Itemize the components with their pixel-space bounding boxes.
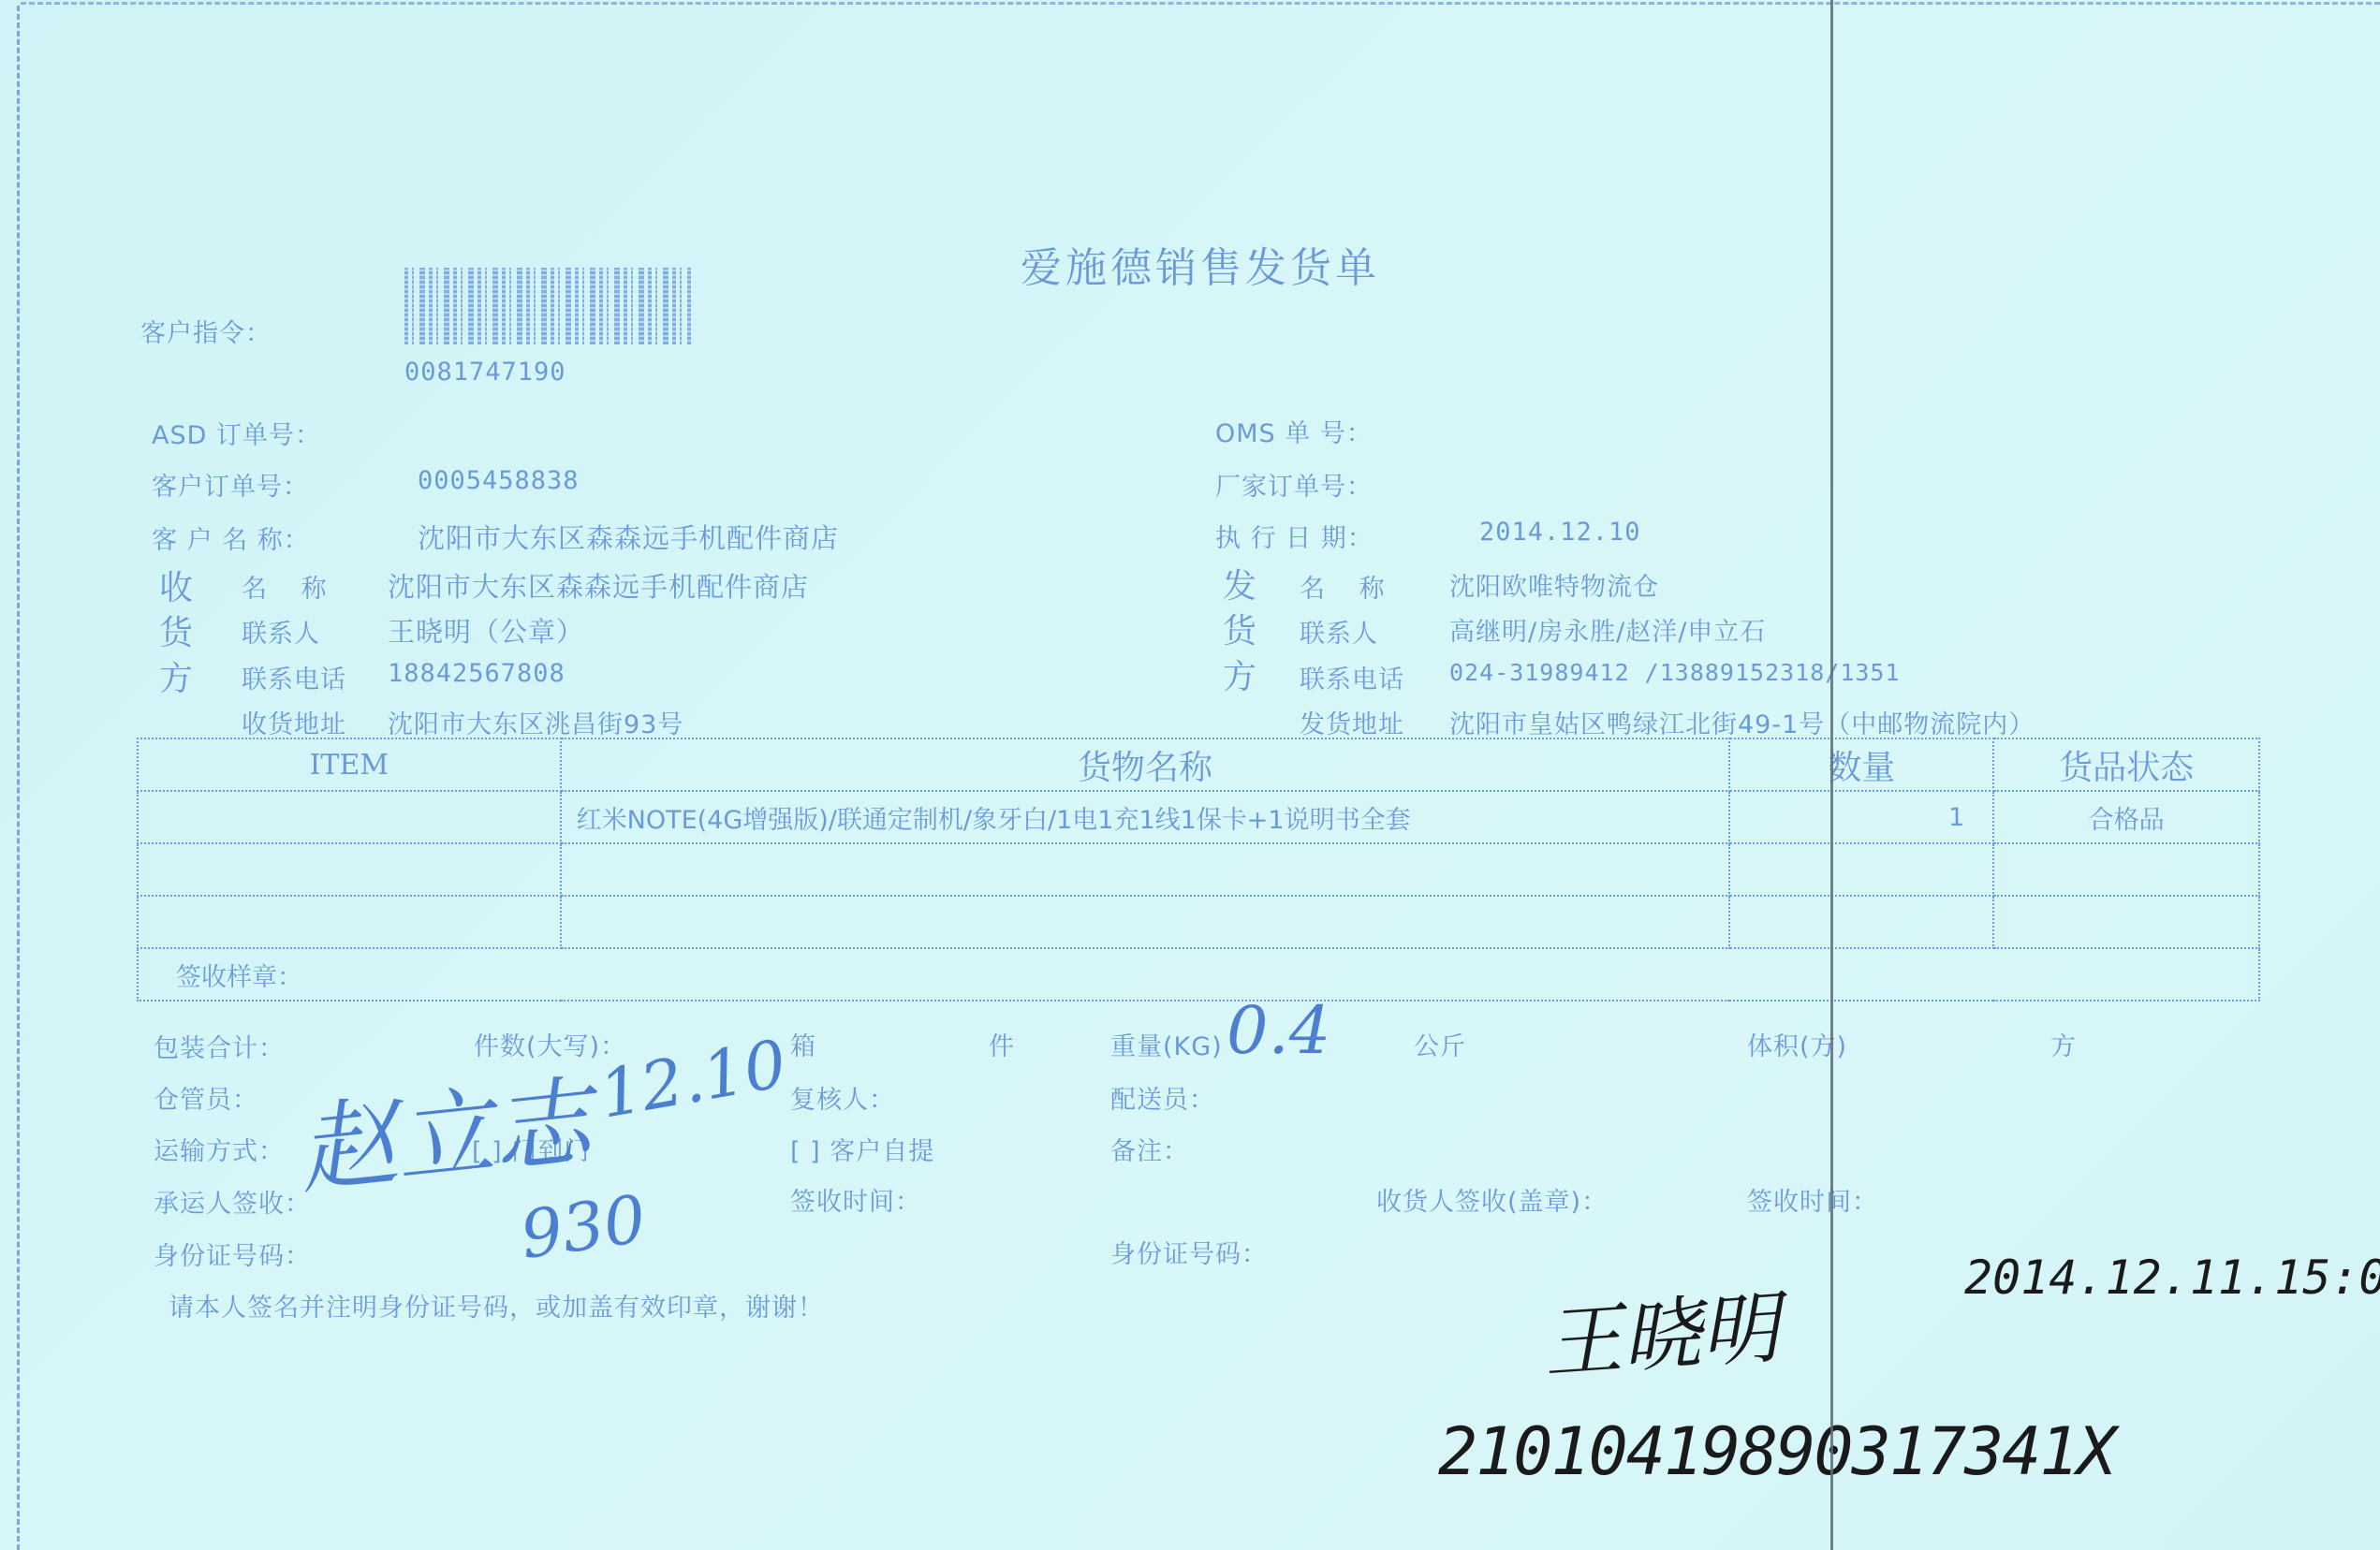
remarks-label: 备注： [1110, 1131, 1189, 1167]
shipper-address-label: 发货地址 [1300, 704, 1404, 740]
row-goods-name: 红米NOTE(4G增强版)/联通定制机/象牙白/1电1充1线1保卡+1说明书全套 [561, 791, 1730, 843]
carrier-sign-time-label: 签收时间： [790, 1181, 921, 1218]
receiver-phone-label: 联系电话 [242, 659, 346, 695]
shipper-contact: 高继明/房永胜/赵洋/申立石 [1449, 611, 1766, 648]
row-item [138, 791, 561, 843]
receiver-contact: 王晓明（公章） [388, 611, 584, 650]
receiver-id-label: 身份证号码： [1110, 1234, 1268, 1270]
shipper-phone-label: 联系电话 [1300, 659, 1404, 695]
header-item: ITEM [138, 738, 561, 791]
receiver-contact-label: 联系人 [242, 613, 320, 650]
package-total-label: 包装合计： [154, 1028, 285, 1064]
warehouse-keeper-label: 仓管员： [154, 1079, 258, 1116]
factory-order-label: 厂家订单号： [1215, 466, 1373, 503]
self-pickup-checkbox: [ ] 客户自提 [790, 1131, 934, 1167]
goods-table: ITEM 货物名称 数量 货品状态 红米NOTE(4G增强版)/联通定制机/象牙… [137, 738, 2260, 1002]
row-item [138, 896, 561, 948]
deliverer-label: 配送员： [1110, 1079, 1215, 1116]
transport-mode-label: 运输方式： [154, 1131, 285, 1167]
perforation-left [17, 6, 25, 1550]
shipper-contact-label: 联系人 [1300, 613, 1378, 650]
table-header-row: ITEM 货物名称 数量 货品状态 [138, 738, 2259, 791]
receiver-name: 沈阳市大东区森森远手机配件商店 [388, 566, 809, 605]
asd-order-label: ASD 订单号： [152, 415, 321, 451]
receiver-sign-label: 收货人签收(盖章)： [1376, 1181, 1608, 1218]
barcode [404, 268, 691, 344]
perforation-top [21, 2, 2380, 8]
weight-unit: 公斤 [1414, 1026, 1466, 1062]
shipper-name-label: 名 称 [1300, 568, 1398, 605]
row-item [138, 843, 561, 896]
sign-stamp-row: 签收样章： [138, 948, 2259, 1001]
handwritten-receiver-id: 21010419890317341X [1438, 1413, 2115, 1490]
receiver-address-label: 收货地址 [242, 704, 346, 740]
customer-order-value: 0005458838 [418, 466, 580, 495]
row-status [1993, 896, 2259, 948]
table-row [138, 843, 2259, 896]
exec-date-label: 执 行 日 期： [1215, 518, 1374, 554]
barcode-number: 0081747190 [404, 358, 566, 387]
header-goods-name: 货物名称 [561, 738, 1730, 791]
receiver-address: 沈阳市大东区洮昌街93号 [388, 704, 683, 740]
shipper-address: 沈阳市皇姑区鸭绿江北街49-1号（中邮物流院内） [1449, 704, 2035, 740]
customer-instruction-label: 客户指令： [140, 313, 272, 349]
carrier-sign-label: 承运人签收： [154, 1183, 311, 1220]
receiver-side-label-2: 货 [159, 607, 194, 654]
handwritten-receiver-signature: 王晓明 [1539, 1265, 1783, 1394]
carrier-id-label: 身份证号码： [154, 1236, 311, 1272]
shipper-side-label-2: 货 [1223, 605, 1257, 652]
shipper-side-label-1: 发 [1223, 560, 1257, 607]
customer-name-label: 客 户 名 称： [152, 519, 310, 556]
box-label: 箱 [790, 1026, 816, 1062]
signature-note: 请本人签名并注明身份证号码，或加盖有效印章，谢谢！ [169, 1287, 824, 1323]
receiver-sign-time-label: 签收时间： [1747, 1181, 1878, 1218]
table-row: 红米NOTE(4G增强版)/联通定制机/象牙白/1电1充1线1保卡+1说明书全套… [138, 791, 2259, 843]
receiver-side-label-3: 方 [159, 652, 194, 700]
row-goods-name [561, 843, 1730, 896]
receiver-side-label-1: 收 [159, 562, 194, 609]
sign-stamp-label: 签收样章： [138, 948, 2259, 1001]
receiver-phone: 18842567808 [388, 659, 566, 688]
row-status [1993, 843, 2259, 896]
weight-label: 重量(KG) [1110, 1026, 1223, 1062]
customer-name-value: 沈阳市大东区森森远手机配件商店 [418, 518, 839, 556]
handwritten-receiver-sign-time: 2014.12.11.15:07 [1964, 1250, 2380, 1305]
row-quantity [1729, 896, 1993, 948]
shipper-side-label-3: 方 [1223, 651, 1257, 698]
fold-line [1830, 0, 1833, 1550]
handwritten-weight: 0.4 [1227, 992, 1330, 1069]
piece-label: 件 [989, 1026, 1015, 1062]
document-title: 爱施德销售发货单 [1021, 234, 1380, 294]
row-quantity [1729, 843, 1993, 896]
oms-order-label: OMS 单 号： [1215, 413, 1373, 449]
table-row [138, 896, 2259, 948]
receiver-name-label: 名 称 [242, 568, 340, 605]
header-status: 货品状态 [1993, 738, 2259, 791]
reviewer-label: 复核人： [790, 1079, 895, 1116]
row-goods-name [561, 896, 1730, 948]
customer-order-label: 客户订单号： [152, 466, 309, 503]
header-quantity: 数量 [1729, 738, 1993, 791]
volume-unit: 方 [2050, 1026, 2077, 1062]
row-status: 合格品 [1993, 791, 2259, 843]
row-quantity: 1 [1729, 791, 1993, 843]
shipper-name: 沈阳欧唯特物流仓 [1449, 566, 1659, 603]
exec-date-value: 2014.12.10 [1479, 518, 1641, 547]
